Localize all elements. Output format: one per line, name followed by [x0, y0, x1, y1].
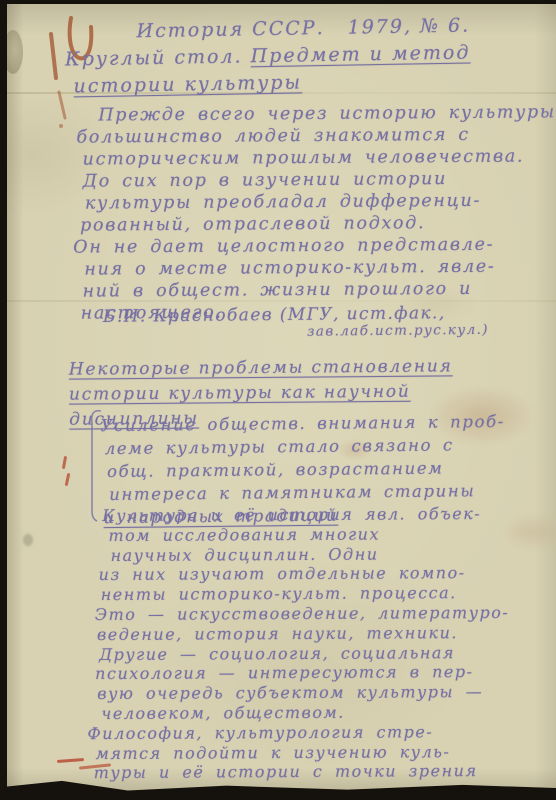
handwritten-line: ведение, история науки, техники.	[97, 623, 509, 645]
article-subject-underlined: Предмет и метод	[250, 41, 470, 67]
author-affiliation: зав.лаб.ист.рус.кул.)	[307, 320, 489, 342]
handwritten-line: научных дисциплин. Одни	[110, 543, 508, 565]
handwritten-line: психология — интересуются в пер-	[95, 662, 509, 684]
header-block: История СССР. 1979, № 6. Круглый стол. П…	[64, 12, 471, 100]
handwritten-line: том исследования многих	[108, 524, 508, 546]
handwritten-line: Философия, культурология стре-	[87, 722, 509, 744]
handwritten-line: мятся подойти к изучению куль-	[96, 741, 510, 763]
handwritten-line: Другие — социология, социальная	[99, 642, 509, 664]
handwritten-line: интереса к памятникам старины	[109, 479, 506, 506]
paragraph-3: Культура и её история явл. объек- том ис…	[84, 504, 510, 783]
author-block: Б.И. Краснобаев (МГУ, ист.фак., зав.лаб.…	[69, 303, 489, 344]
paper-hole	[3, 30, 23, 74]
handwritten-line: человеком, обществом.	[101, 702, 509, 724]
handwritten-line: Прежде всего через историю культуры	[98, 101, 556, 126]
article-subject-line2: истории культуры	[73, 71, 302, 97]
handwritten-line: историческим прошлым человечества.	[83, 145, 556, 170]
red-pencil-tick	[65, 473, 71, 486]
paragraph-1: Прежде всего через историю культуры боль…	[68, 101, 556, 324]
handwritten-line: Это — искусствоведение, литературо-	[95, 603, 509, 625]
handwritten-line: ния о месте историко-культ. явле-	[84, 255, 556, 280]
article-heading-line2: истории культуры как научной	[69, 382, 411, 405]
handwritten-line: леме культуры стало связано с	[105, 433, 506, 460]
handwritten-line: Культура и её история явл. объек-	[102, 504, 508, 526]
handwritten-line: вую очередь субъектом культуры —	[97, 682, 509, 704]
red-pencil-dash	[57, 758, 84, 763]
paper-sheet: История СССР. 1979, № 6. Круглый стол. П…	[7, 4, 556, 800]
handwritten-line: культуры преобладал дифференци-	[85, 189, 556, 214]
photo-frame: История СССР. 1979, № 6. Круглый стол. П…	[0, 0, 556, 800]
ink-smudge	[23, 534, 33, 546]
handwritten-line: туры и её истории с точки зрения	[94, 761, 510, 783]
section-title-plain: Круглый стол.	[65, 45, 251, 70]
red-pencil-tick	[62, 456, 67, 469]
article-heading-line1: Некоторые проблемы становления	[69, 356, 453, 379]
handwritten-line: из них изучают отдельные компо-	[99, 563, 509, 585]
handwritten-line: ненты историко-культ. процесса.	[101, 583, 509, 605]
